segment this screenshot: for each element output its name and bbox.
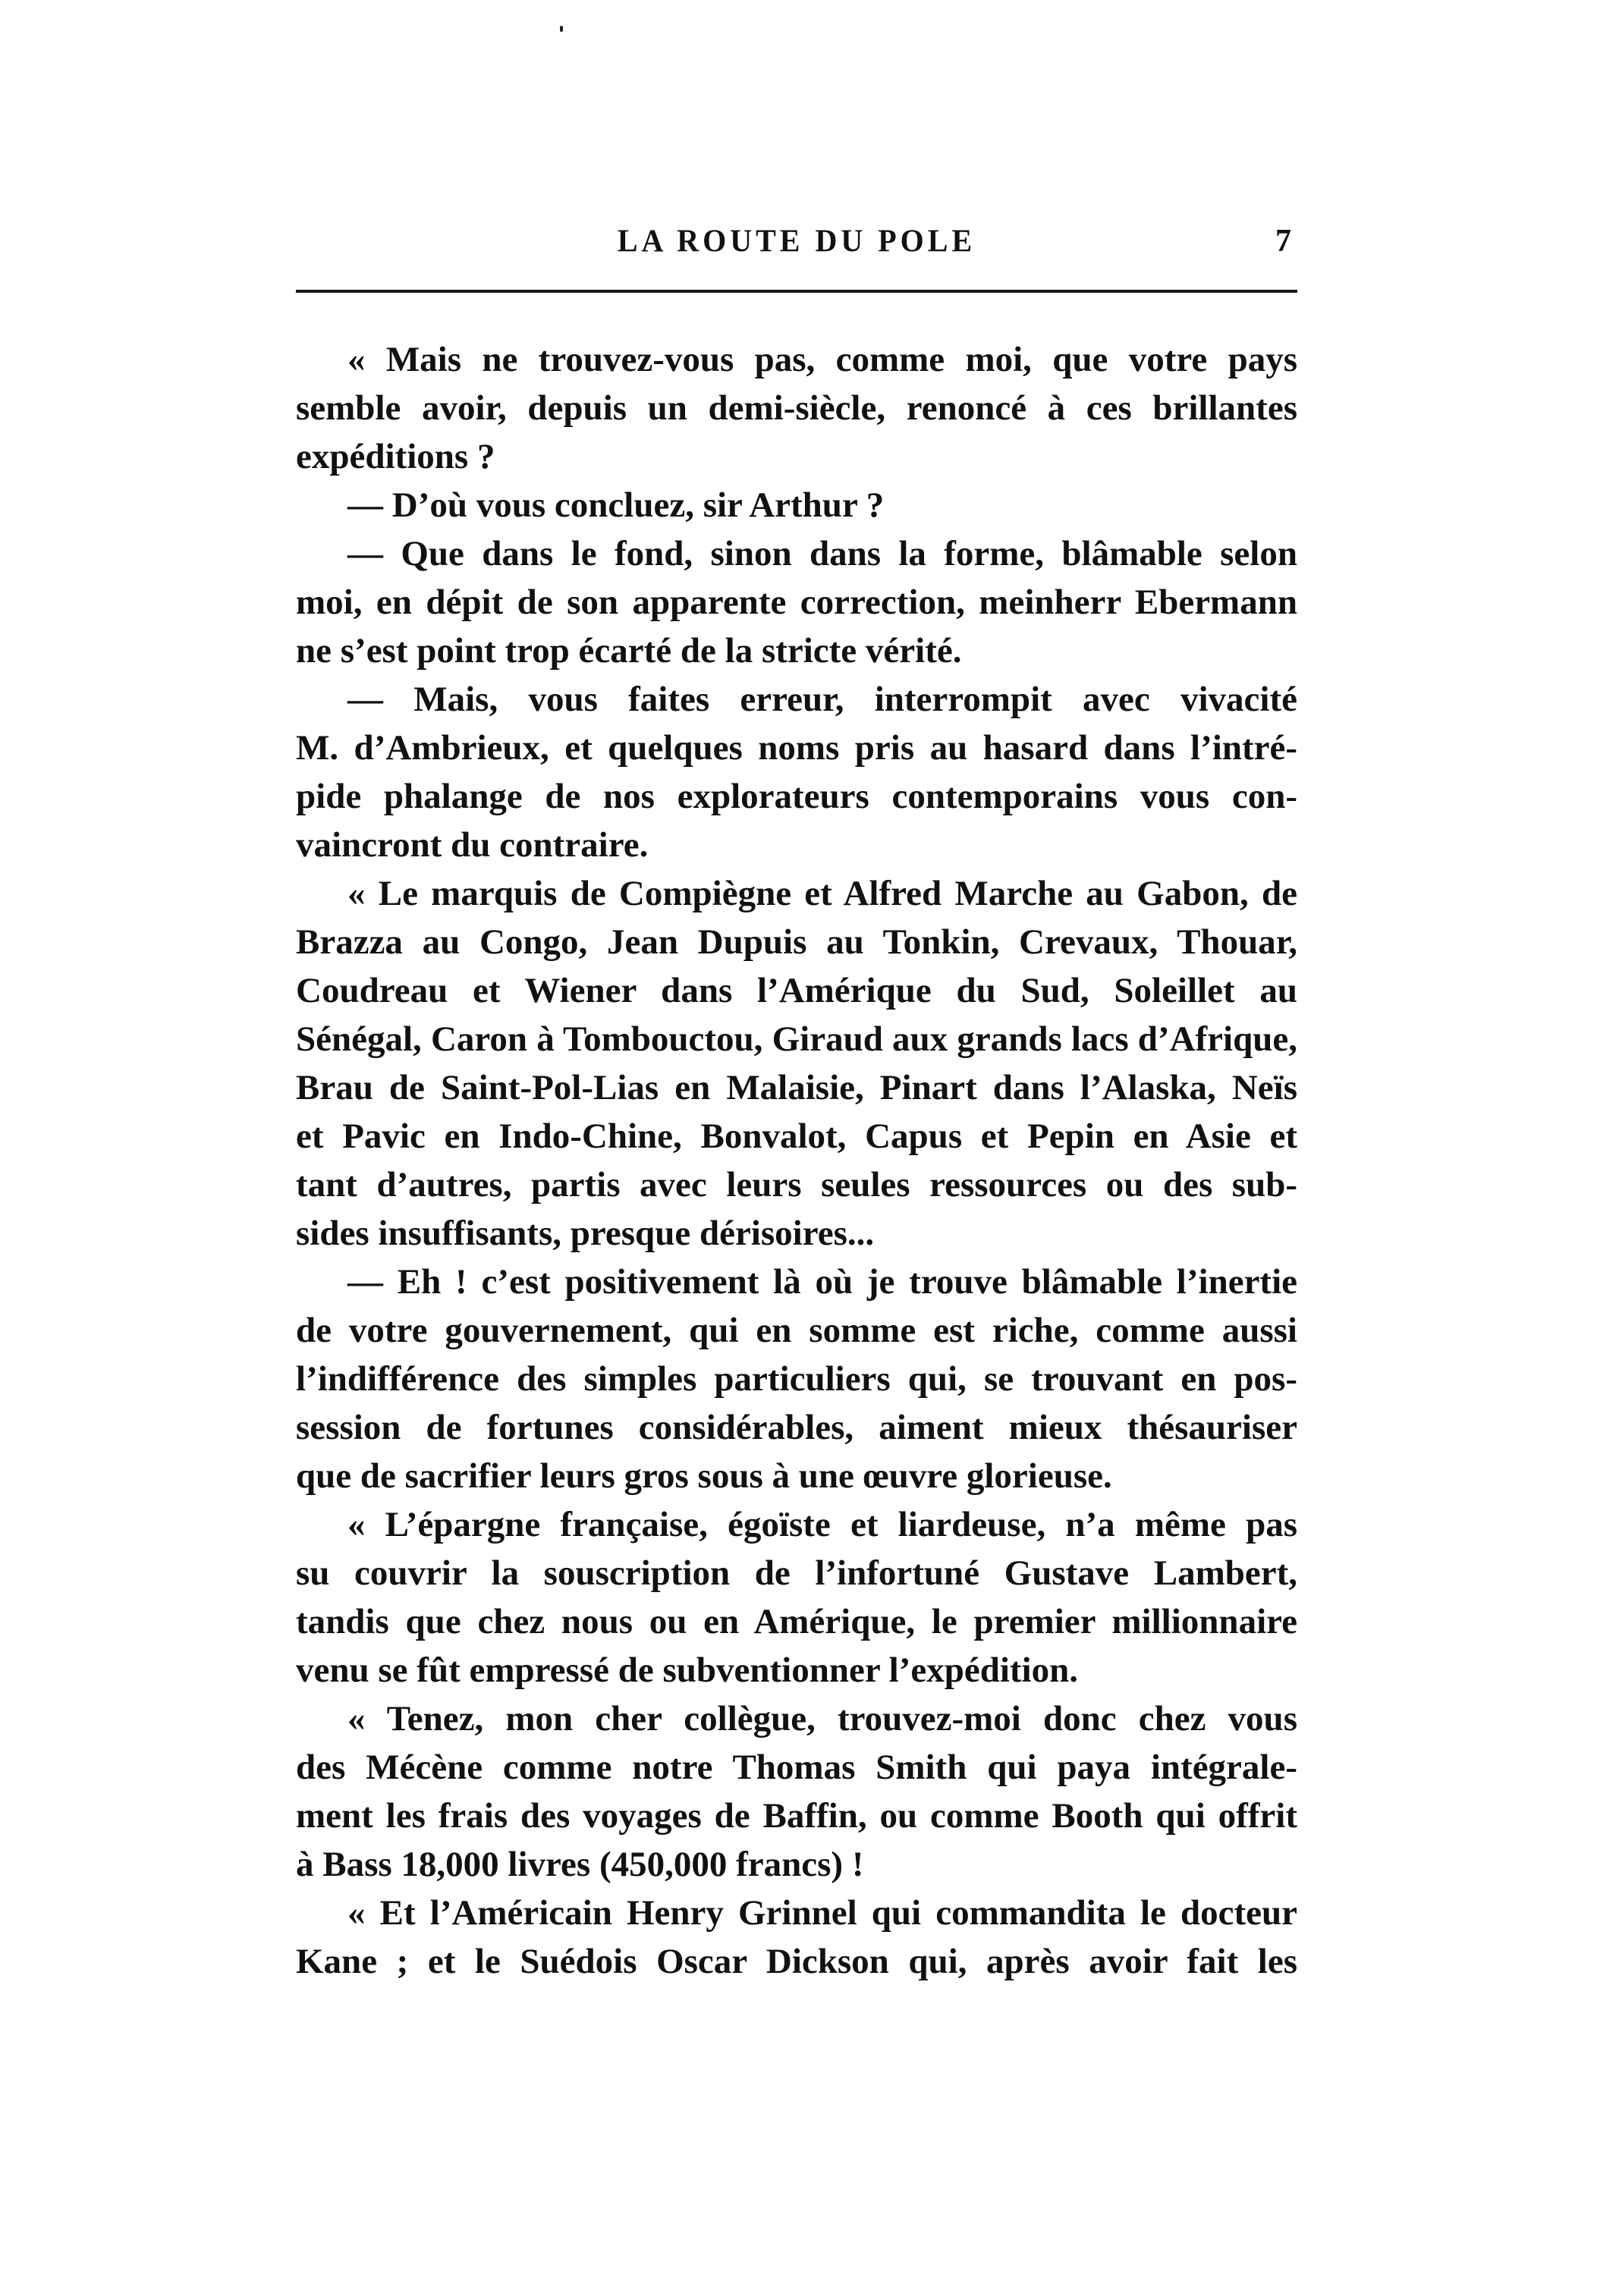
- text-line: à Bass 18,000 livres (450,000 francs) !: [296, 1840, 1297, 1889]
- text-line: des Mécène comme notre Thomas Smith qui …: [296, 1743, 1297, 1792]
- text-line: de votre gouvernement, qui en somme est …: [296, 1306, 1297, 1355]
- text-line: — Eh ! c’est positivement là où je trouv…: [296, 1258, 1297, 1306]
- text-line: l’indifférence des simples particuliers …: [296, 1355, 1297, 1403]
- text-line: « Le marquis de Compiègne et Alfred Marc…: [296, 869, 1297, 918]
- text-line: M. d’Ambrieux, et quelques noms pris au …: [296, 724, 1297, 772]
- text-line: session de fortunes considérables, aimen…: [296, 1403, 1297, 1452]
- text-line: Sénégal, Caron à Tombouctou, Giraud aux …: [296, 1015, 1297, 1063]
- page-number: 7: [1275, 223, 1291, 259]
- text-line: ne s’est point trop écarté de la stricte…: [296, 627, 1297, 675]
- text-line: « L’épargne française, égoïste et liarde…: [296, 1500, 1297, 1549]
- running-title: LA ROUTE DU POLE: [296, 222, 1297, 259]
- book-page: LA ROUTE DU POLE 7 « Mais ne trouvez-vou…: [0, 0, 1619, 2296]
- body-text: « Mais ne trouvez-vous pas, comme moi, q…: [296, 335, 1297, 1986]
- scan-speck: [560, 26, 563, 32]
- text-line: venu se fût empressé de subventionner l’…: [296, 1646, 1297, 1695]
- running-head: LA ROUTE DU POLE 7: [296, 220, 1297, 265]
- text-line: ment les frais des voyages de Baffin, ou…: [296, 1792, 1297, 1840]
- text-line: — D’où vous concluez, sir Arthur ?: [296, 481, 1297, 529]
- text-line: « Tenez, mon cher collègue, trouvez-moi …: [296, 1695, 1297, 1743]
- text-line: Coudreau et Wiener dans l’Amérique du Su…: [296, 966, 1297, 1015]
- text-line: semble avoir, depuis un demi-siècle, ren…: [296, 384, 1297, 432]
- text-line: moi, en dépit de son apparente correctio…: [296, 578, 1297, 627]
- text-line: — Que dans le fond, sinon dans la forme,…: [296, 529, 1297, 578]
- text-line: Brau de Saint-Pol-Lias en Malaisie, Pina…: [296, 1063, 1297, 1112]
- text-line: — Mais, vous faites erreur, interrompit …: [296, 675, 1297, 724]
- text-line: que de sacrifier leurs gros sous à une œ…: [296, 1452, 1297, 1500]
- text-line: « Mais ne trouvez-vous pas, comme moi, q…: [296, 335, 1297, 384]
- text-line: su couvrir la souscription de l’infortun…: [296, 1549, 1297, 1597]
- text-line: Kane ; et le Suédois Oscar Dickson qui, …: [296, 1937, 1297, 1986]
- text-line: Brazza au Congo, Jean Dupuis au Tonkin, …: [296, 918, 1297, 966]
- text-line: expéditions ?: [296, 432, 1297, 481]
- text-line: vaincront du contraire.: [296, 821, 1297, 869]
- header-rule: [296, 290, 1297, 293]
- text-line: « Et l’Américain Henry Grinnel qui comma…: [296, 1889, 1297, 1937]
- text-line: tandis que chez nous ou en Amérique, le …: [296, 1597, 1297, 1646]
- text-line: et Pavic en Indo-Chine, Bonvalot, Capus …: [296, 1112, 1297, 1161]
- text-line: tant d’autres, partis avec leurs seules …: [296, 1161, 1297, 1209]
- text-line: pide phalange de nos explorateurs contem…: [296, 772, 1297, 821]
- text-line: sides insuffisants, presque dérisoires..…: [296, 1209, 1297, 1258]
